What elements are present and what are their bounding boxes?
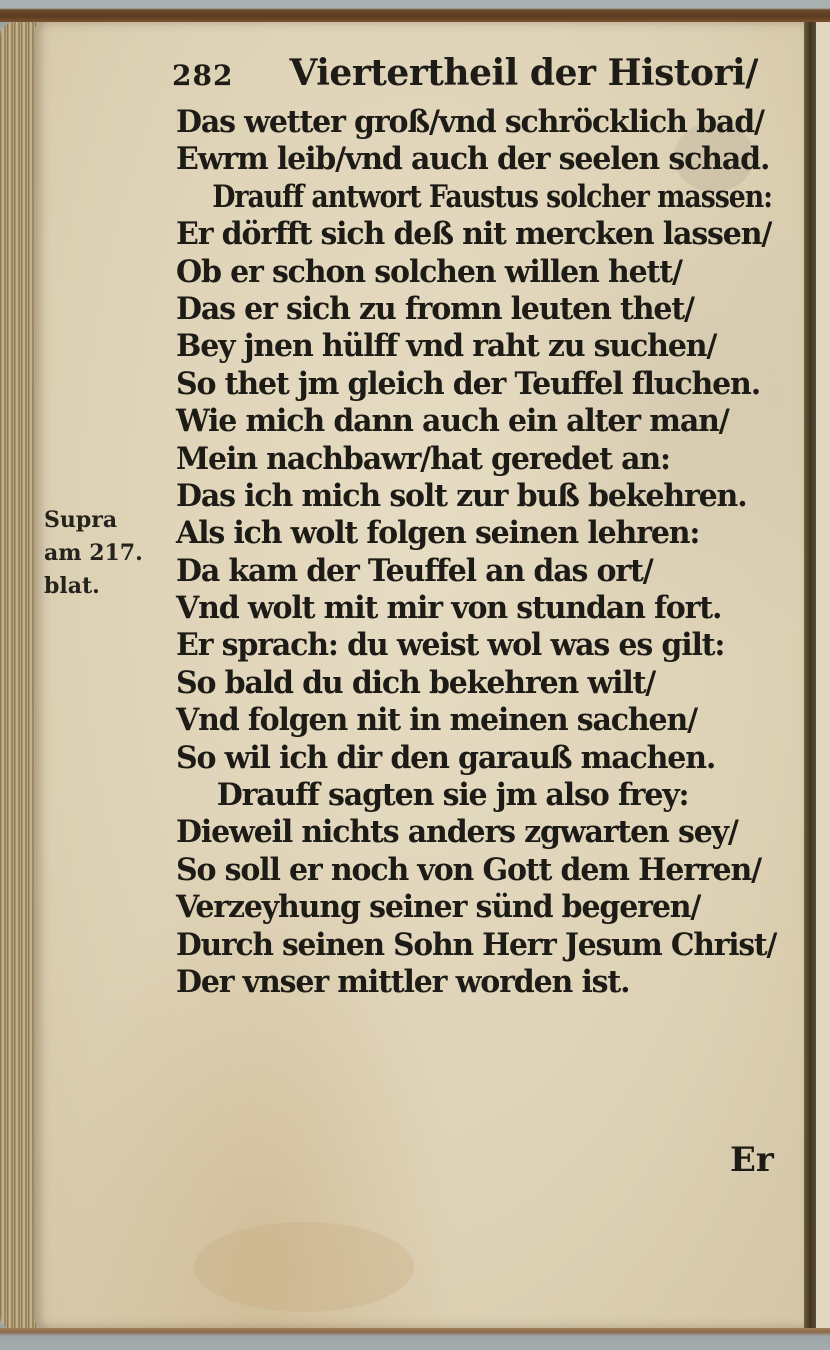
verse-line: Ob er schon solchen willen hett/ <box>176 254 776 291</box>
verse-line: Er dörfft sich deß nit mercken lassen/ <box>176 216 776 253</box>
running-head: 282 Viertertheil der Histori/ <box>172 52 758 104</box>
verse-line: Drauff antwort Faustus solcher massen: <box>176 179 711 216</box>
verse-line: Als ich wolt folgen seinen lehren: <box>176 515 776 552</box>
marginal-note-line: blat. <box>44 570 164 603</box>
book-bottom-edge <box>0 1328 830 1350</box>
next-page-edge <box>816 22 830 1328</box>
verse-line: So wil ich dir den garauß machen. <box>176 740 776 777</box>
page-stack-edge <box>0 22 38 1330</box>
verse-text: Das wetter groß/vnd schröcklich bad/ Ewr… <box>176 104 796 1001</box>
verse-line: Ewrm leib/vnd auch der seelen schad. <box>176 141 776 178</box>
verse-line: Verzeyhung seiner sünd begeren/ <box>176 889 776 926</box>
book-top-edge <box>0 0 830 22</box>
marginal-note-line: Supra <box>44 504 164 537</box>
gutter-shadow <box>804 22 816 1328</box>
verse-line: Dieweil nichts anders zgwarten sey/ <box>176 814 776 851</box>
verse-line: Da kam der Teuffel an das ort/ <box>176 553 776 590</box>
verse-line: Vnd folgen nit in meinen sachen/ <box>176 702 776 739</box>
verse-line: Das wetter groß/vnd schröcklich bad/ <box>176 104 776 141</box>
verse-line: So soll er noch von Gott dem Herren/ <box>176 852 776 889</box>
verse-line: Der vnser mittler worden ist. <box>176 964 776 1001</box>
marginal-note: Supra am 217. blat. <box>44 504 164 603</box>
verse-line: Das ich mich solt zur buß bekehren. <box>176 478 776 515</box>
verse-line: Durch seinen Sohn Herr Jesum Christ/ <box>176 927 769 964</box>
verse-line: So thet jm gleich der Teuffel fluchen. <box>176 366 776 403</box>
marginal-note-line: am 217. <box>44 537 164 570</box>
verse-line: Vnd wolt mit mir von stundan fort. <box>176 590 776 627</box>
verse-line: Drauff sagten sie jm also frey: <box>176 777 777 814</box>
catchword: Er <box>730 1140 774 1180</box>
water-stain <box>194 1222 414 1312</box>
verse-line: Das er sich zu fromn leuten thet/ <box>176 291 776 328</box>
verse-line: Wie mich dann auch ein alter man/ <box>176 403 776 440</box>
running-title: Viertertheil der Histori/ <box>289 52 757 94</box>
verse-line: So bald du dich bekehren wilt/ <box>176 665 776 702</box>
verse-line: Er sprach: du weist wol was es gilt: <box>176 627 776 664</box>
verse-line: Bey jnen hülff vnd raht zu suchen/ <box>176 328 776 365</box>
verse-line: Mein nachbawr/hat geredet an: <box>176 441 776 478</box>
page-number: 282 <box>172 59 233 92</box>
